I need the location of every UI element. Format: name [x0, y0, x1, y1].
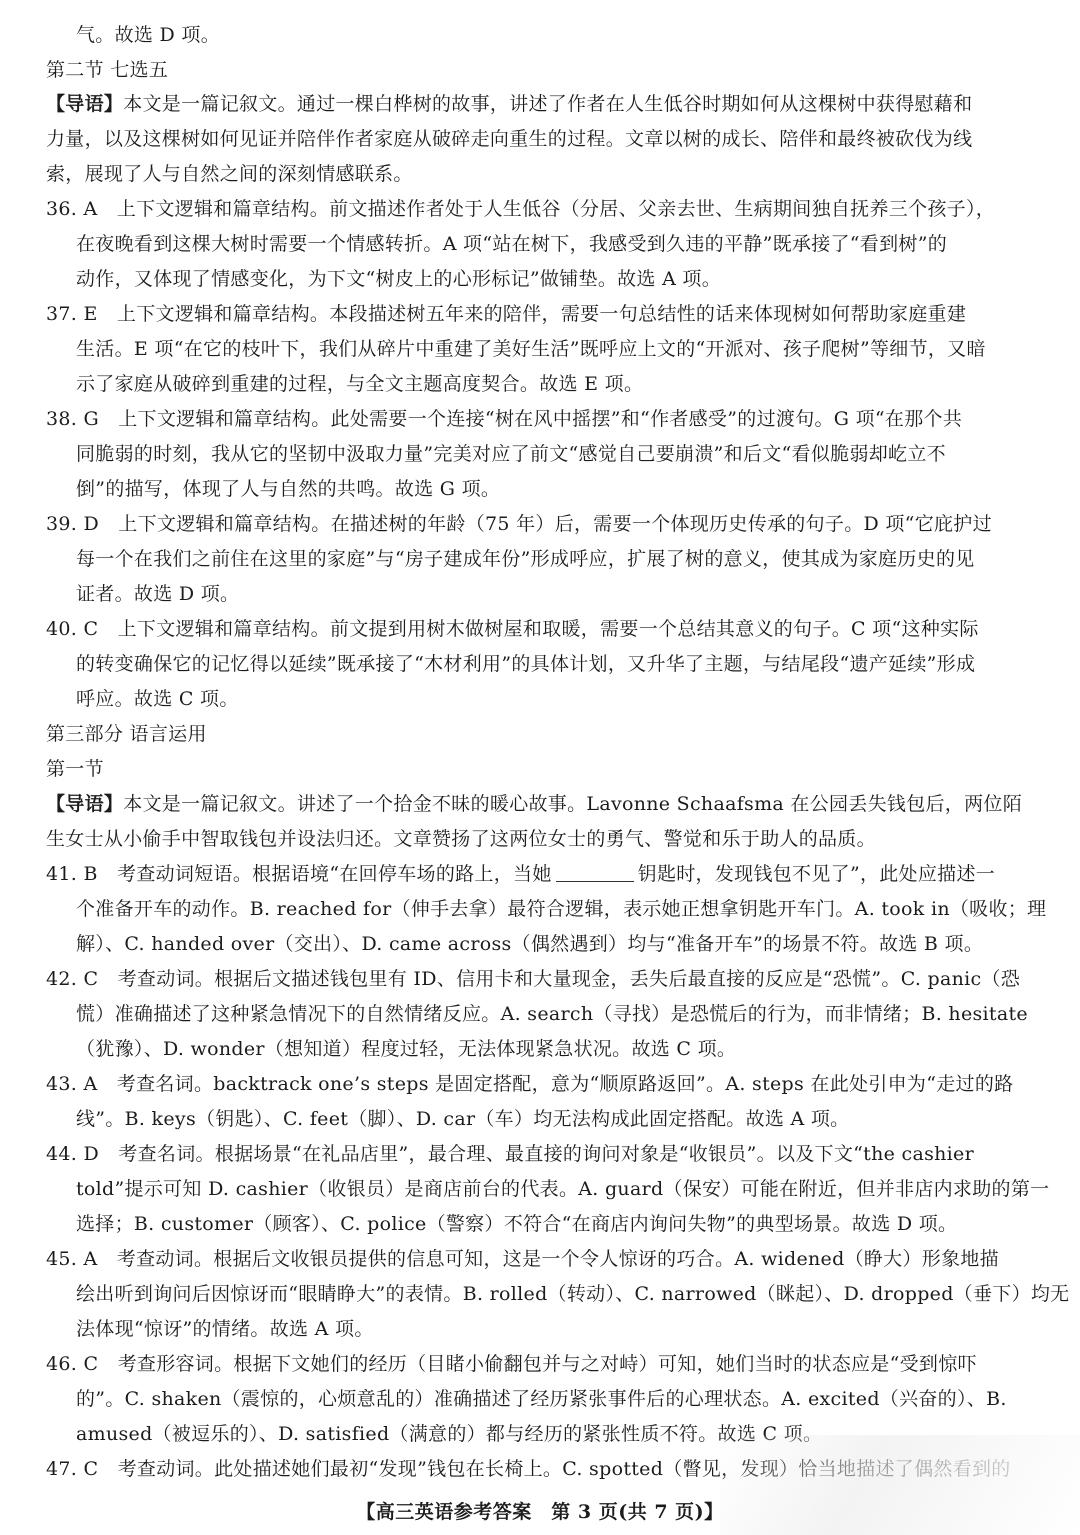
- text-line: 索，展现了人与自然之间的深刻情感联系。: [0, 161, 1080, 187]
- line-text: 呼应。故选 C 项。: [76, 688, 239, 710]
- intro-label: 【导语】: [46, 93, 123, 115]
- line-text: 的转变确保它的记忆得以延续”既承接了“木材利用”的具体计划，又升华了主题，与结尾…: [76, 653, 975, 675]
- line-text: told”提示可知 D. cashier（收银员）是商店前台的代表。A. gua…: [76, 1178, 1049, 1200]
- line-text: 在夜晚看到这棵大树时需要一个情感转折。A 项“站在树下，我感受到久违的平静”既承…: [76, 233, 947, 255]
- fill-in-blank: [556, 863, 634, 882]
- text-line: 证者。故选 D 项。: [0, 581, 1080, 607]
- line-text: 索，展现了人与自然之间的深刻情感联系。: [46, 163, 413, 185]
- text-line: 示了家庭从破碎到重建的过程，与全文主题高度契合。故选 E 项。: [0, 371, 1080, 397]
- line-text: 每一个在我们之前住在这里的家庭”与“房子建成年份”形成呼应，扩展了树的意义，使其…: [76, 548, 975, 570]
- text-line: 线”。B. keys（钥匙）、C. feet（脚）、D. car（车）均无法构成…: [0, 1106, 1080, 1132]
- text-line: 力量，以及这棵树如何见证并陪伴作者家庭从破碎走向重生的过程。文章以树的成长、陪伴…: [0, 126, 1080, 152]
- text-line: （犹豫）、D. wonder（想知道）程度过轻，无法体现紧急状况。故选 C 项。: [0, 1036, 1080, 1062]
- text-line: 45. A 考查动词。根据后文收银员提供的信息可知，这是一个令人惊讶的巧合。A.…: [0, 1246, 1080, 1272]
- line-text: 倒”的描写，体现了人与自然的共鸣。故选 G 项。: [76, 478, 500, 500]
- line-text: 示了家庭从破碎到重建的过程，与全文主题高度契合。故选 E 项。: [76, 373, 643, 395]
- page-footer: 【高三英语参考答案 第 3 页(共 7 页)】: [0, 1497, 1080, 1524]
- line-text: 法体现“惊讶”的情绪。故选 A 项。: [76, 1318, 374, 1340]
- text-line: 41. B 考查动词短语。根据语境“在回停车场的路上，当她钥匙时，发现钱包不见了…: [0, 861, 1080, 887]
- line-text: 同脆弱的时刻，我从它的坚韧中汲取力量”完美对应了前文“感觉自己要崩溃”和后文“看…: [76, 443, 946, 465]
- text-line: 44. D 考查名词。根据场景“在礼品店里”，最合理、最直接的询问对象是“收银员…: [0, 1141, 1080, 1167]
- line-text: 43. A 考查名词。backtrack one’s steps 是固定搭配，意…: [46, 1073, 1013, 1095]
- text-line: 生女士从小偷手中智取钱包并设法归还。文章赞扬了这两位女士的勇气、警觉和乐于助人的…: [0, 826, 1080, 852]
- line-text: 41. B 考查动词短语。根据语境“在回停车场的路上，当她: [46, 863, 552, 885]
- text-line: 【导语】本文是一篇记叙文。通过一棵白桦树的故事，讲述了作者在人生低谷时期如何从这…: [0, 91, 1080, 117]
- text-line: 个准备开车的动作。B. reached for（伸手去拿）最符合逻辑，表示她正想…: [0, 896, 1080, 922]
- text-line: 生活。E 项“在它的枝叶下，我们从碎片中重建了美好生活”既呼应上文的“开派对、孩…: [0, 336, 1080, 362]
- text-line: 动作，又体现了情感变化，为下文“树皮上的心形标记”做铺垫。故选 A 项。: [0, 266, 1080, 292]
- line-text: 42. C 考查动词。根据后文描述钱包里有 ID、信用卡和大量现金，丢失后最直接…: [46, 968, 1020, 990]
- text-line: 法体现“惊讶”的情绪。故选 A 项。: [0, 1316, 1080, 1342]
- line-text: 第三部分 语言运用: [46, 723, 207, 745]
- text-line: 解）、C. handed over（交出）、D. came across（偶然遇…: [0, 931, 1080, 957]
- text-line: 【导语】本文是一篇记叙文。讲述了一个拾金不昧的暖心故事。Lavonne Scha…: [0, 791, 1080, 817]
- line-text: 第二节 七选五: [46, 59, 168, 81]
- text-line: 的转变确保它的记忆得以延续”既承接了“木材利用”的具体计划，又升华了主题，与结尾…: [0, 651, 1080, 677]
- line-text: 36. A 上下文逻辑和篇章结构。前文描述作者处于人生低谷（分居、父亲去世、生病…: [46, 198, 995, 220]
- text-line: 第三部分 语言运用: [0, 721, 1080, 747]
- line-text: 44. D 考查名词。根据场景“在礼品店里”，最合理、最直接的询问对象是“收银员…: [46, 1143, 974, 1165]
- line-text: amused（被逗乐的）、D. satisfied（满意的）都与经历的紧张性质不…: [76, 1423, 822, 1445]
- line-text: 本文是一篇记叙文。讲述了一个拾金不昧的暖心故事。Lavonne Schaafsm…: [123, 793, 1022, 815]
- line-text: 选择；B. customer（顾客）、C. police（警察）不符合“在商店内…: [76, 1213, 957, 1235]
- text-line: 每一个在我们之前住在这里的家庭”与“房子建成年份”形成呼应，扩展了树的意义，使其…: [0, 546, 1080, 572]
- text-line: 同脆弱的时刻，我从它的坚韧中汲取力量”完美对应了前文“感觉自己要崩溃”和后文“看…: [0, 441, 1080, 467]
- line-text: 动作，又体现了情感变化，为下文“树皮上的心形标记”做铺垫。故选 A 项。: [76, 268, 721, 290]
- text-line: 选择；B. customer（顾客）、C. police（警察）不符合“在商店内…: [0, 1211, 1080, 1237]
- text-line: 倒”的描写，体现了人与自然的共鸣。故选 G 项。: [0, 476, 1080, 502]
- line-text: 绘出听到询问后因惊讶而“眼睛睁大”的表情。B. rolled（转动）、C. na…: [76, 1283, 1069, 1305]
- text-line: 气。故选 D 项。: [0, 22, 1080, 48]
- text-line: 在夜晚看到这棵大树时需要一个情感转折。A 项“站在树下，我感受到久违的平静”既承…: [0, 231, 1080, 257]
- line-text: （犹豫）、D. wonder（想知道）程度过轻，无法体现紧急状况。故选 C 项。: [76, 1038, 736, 1060]
- text-line: told”提示可知 D. cashier（收银员）是商店前台的代表。A. gua…: [0, 1176, 1080, 1202]
- line-text: 第一节: [46, 758, 104, 780]
- text-line: 43. A 考查名词。backtrack one’s steps 是固定搭配，意…: [0, 1071, 1080, 1097]
- text-line: 绘出听到询问后因惊讶而“眼睛睁大”的表情。B. rolled（转动）、C. na…: [0, 1281, 1080, 1307]
- text-line: 40. C 上下文逻辑和篇章结构。前文提到用树木做树屋和取暖，需要一个总结其意义…: [0, 616, 1080, 642]
- text-line: 47. C 考查动词。此处描述她们最初“发现”钱包在长椅上。C. spotted…: [0, 1456, 1080, 1482]
- line-text: 的”。C. shaken（震惊的，心烦意乱的）准确描述了经历紧张事件后的心理状态…: [76, 1388, 1007, 1410]
- line-text-after-blank: 钥匙时，发现钱包不见了”，此处应描述一: [638, 863, 995, 885]
- line-text: 证者。故选 D 项。: [76, 583, 239, 605]
- line-text: 慌）准确描述了这种紧急情况下的自然情绪反应。A. search（寻找）是恐慌后的…: [76, 1003, 1028, 1025]
- line-text: 39. D 上下文逻辑和篇章结构。在描述树的年龄（75 年）后，需要一个体现历史…: [46, 513, 992, 535]
- line-text: 37. E 上下文逻辑和篇章结构。本段描述树五年来的陪伴，需要一句总结性的话来体…: [46, 303, 966, 325]
- text-line: 慌）准确描述了这种紧急情况下的自然情绪反应。A. search（寻找）是恐慌后的…: [0, 1001, 1080, 1027]
- line-text: 45. A 考查动词。根据后文收银员提供的信息可知，这是一个令人惊讶的巧合。A.…: [46, 1248, 999, 1270]
- line-text: 46. C 考查形容词。根据下文她们的经历（目睹小偷翻包并与之对峙）可知，她们当…: [46, 1353, 977, 1375]
- line-text: 40. C 上下文逻辑和篇章结构。前文提到用树木做树屋和取暖，需要一个总结其意义…: [46, 618, 979, 640]
- text-line: 呼应。故选 C 项。: [0, 686, 1080, 712]
- line-text: 38. G 上下文逻辑和篇章结构。此处需要一个连接“树在风中摇摆”和“作者感受”…: [46, 408, 962, 430]
- line-text: 线”。B. keys（钥匙）、C. feet（脚）、D. car（车）均无法构成…: [76, 1108, 849, 1130]
- text-line: amused（被逗乐的）、D. satisfied（满意的）都与经历的紧张性质不…: [0, 1421, 1080, 1447]
- text-line: 38. G 上下文逻辑和篇章结构。此处需要一个连接“树在风中摇摆”和“作者感受”…: [0, 406, 1080, 432]
- text-line: 42. C 考查动词。根据后文描述钱包里有 ID、信用卡和大量现金，丢失后最直接…: [0, 966, 1080, 992]
- line-text: 本文是一篇记叙文。通过一棵白桦树的故事，讲述了作者在人生低谷时期如何从这棵树中获…: [123, 93, 972, 115]
- answer-key-page: 气。故选 D 项。第二节 七选五【导语】本文是一篇记叙文。通过一棵白桦树的故事，…: [0, 0, 1080, 1535]
- text-line: 第一节: [0, 756, 1080, 782]
- line-text: 力量，以及这棵树如何见证并陪伴作者家庭从破碎走向重生的过程。文章以树的成长、陪伴…: [46, 128, 972, 150]
- line-text: 气。故选 D 项。: [76, 24, 220, 46]
- line-text: 47. C 考查动词。此处描述她们最初“发现”钱包在长椅上。C. spotted…: [46, 1458, 1011, 1480]
- intro-label: 【导语】: [46, 793, 123, 815]
- line-text: 解）、C. handed over（交出）、D. came across（偶然遇…: [76, 933, 983, 955]
- text-line: 第二节 七选五: [0, 57, 1080, 83]
- line-text: 个准备开车的动作。B. reached for（伸手去拿）最符合逻辑，表示她正想…: [76, 898, 1046, 920]
- line-text: 生活。E 项“在它的枝叶下，我们从碎片中重建了美好生活”既呼应上文的“开派对、孩…: [76, 338, 986, 360]
- text-line: 36. A 上下文逻辑和篇章结构。前文描述作者处于人生低谷（分居、父亲去世、生病…: [0, 196, 1080, 222]
- text-line: 37. E 上下文逻辑和篇章结构。本段描述树五年来的陪伴，需要一句总结性的话来体…: [0, 301, 1080, 327]
- text-line: 39. D 上下文逻辑和篇章结构。在描述树的年龄（75 年）后，需要一个体现历史…: [0, 511, 1080, 537]
- text-line: 的”。C. shaken（震惊的，心烦意乱的）准确描述了经历紧张事件后的心理状态…: [0, 1386, 1080, 1412]
- text-line: 46. C 考查形容词。根据下文她们的经历（目睹小偷翻包并与之对峙）可知，她们当…: [0, 1351, 1080, 1377]
- line-text: 生女士从小偷手中智取钱包并设法归还。文章赞扬了这两位女士的勇气、警觉和乐于助人的…: [46, 828, 876, 850]
